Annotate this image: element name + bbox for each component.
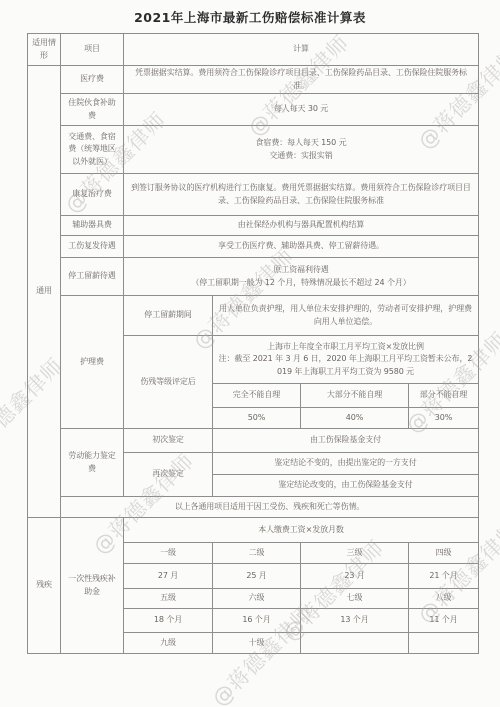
cell-care-rate-part: 30% bbox=[409, 408, 479, 429]
cell-grade-7: 七级 bbox=[301, 589, 409, 609]
cell-months-grade-5: 18 个月 bbox=[124, 609, 213, 633]
cell-grade-9: 九级 bbox=[124, 633, 213, 654]
cell-assistive-calc: 由社保经办机构与器具配置机构结算 bbox=[124, 216, 479, 236]
cell-rehab-calc: 到签订服务协议的医疗机构进行工伤康复。费用凭票据据实结算。费用须符合工伤保险诊疗… bbox=[124, 174, 479, 216]
cell-rehab-label: 康复治疗费 bbox=[61, 174, 124, 216]
table-row: 住院伙食补助费 每人每天 30 元 bbox=[28, 94, 479, 126]
cell-suspension-pay-calc: 原工资福利待遇 （停工留职期一般为 12 个月，特殊情况最长不超过 24 个月） bbox=[124, 258, 479, 296]
table-row: 以上各通用项目适用于因工受伤、残疾和死亡等伤情。 bbox=[28, 497, 479, 518]
cell-months-grade-2: 25 月 bbox=[213, 564, 301, 589]
cell-empty bbox=[409, 633, 479, 654]
nursing-note: 注：截至 2021 年 3 月 6 日，2020 年上海职工月平均工资暂未公布，… bbox=[217, 353, 474, 378]
cell-transport-label: 交通费、食宿费（统筹地区以外就医） bbox=[61, 126, 124, 174]
cell-care-level-full: 完全不能自理 bbox=[213, 384, 301, 408]
nursing-formula: 上海市上年度全市职工月平均工资×发放比例 bbox=[217, 341, 474, 353]
header-item: 项目 bbox=[61, 34, 124, 66]
cell-months-grade-8: 11 个月 bbox=[409, 609, 479, 633]
cell-care-rate-full: 50% bbox=[213, 408, 301, 429]
table-row: 康复治疗费 到签订服务协议的医疗机构进行工伤康复。费用凭票据据实结算。费用须符合… bbox=[28, 174, 479, 216]
cell-care-level-part: 部分不能自理 bbox=[409, 384, 479, 408]
cell-relapse-calc: 享受工伤医疗费、辅助器具费、停工留薪待遇。 bbox=[124, 236, 479, 258]
document-page: 2021年上海市最新工伤赔偿标准计算表 适用情形 项目 计算 通用 医疗费 凭票… bbox=[0, 0, 500, 707]
cell-nursing-during-label: 停工留薪期间 bbox=[124, 296, 213, 336]
cell-general-label: 通用 bbox=[28, 66, 61, 518]
cell-grade-4: 四级 bbox=[409, 543, 479, 564]
cell-grade-3: 三级 bbox=[301, 543, 409, 564]
cell-appraisal-re-changed: 鉴定结论改变的，由工伤保险基金支付 bbox=[213, 475, 479, 497]
table-row: 劳动能力鉴定费 初次鉴定 由工伤保险基金支付 bbox=[28, 429, 479, 453]
cell-nursing-label: 护理费 bbox=[61, 296, 124, 429]
cell-grade-6: 六级 bbox=[213, 589, 301, 609]
table-row: 护理费 停工留薪期间 用人单位负责护理，用人单位未安排护理的，劳动者可安排护理，… bbox=[28, 296, 479, 336]
cell-grade-2: 二级 bbox=[213, 543, 301, 564]
cell-months-grade-3: 23 月 bbox=[301, 564, 409, 589]
header-calc: 计算 bbox=[124, 34, 479, 66]
table-row: 辅助器具费 由社保经办机构与器具配置机构结算 bbox=[28, 216, 479, 236]
table-row: 交通费、食宿费（统筹地区以外就医） 食宿费：每人每天 150 元 交通费：实报实… bbox=[28, 126, 479, 174]
cell-appraisal-label: 劳动能力鉴定费 bbox=[61, 429, 124, 497]
table-row: 适用情形 项目 计算 bbox=[28, 34, 479, 66]
cell-transport-calc: 食宿费：每人每天 150 元 交通费：实报实销 bbox=[124, 126, 479, 174]
cell-hospital-meal-calc: 每人每天 30 元 bbox=[124, 94, 479, 126]
table-row: 残疾 一次性残疾补助金 本人缴费工资×发放月数 bbox=[28, 518, 479, 543]
cell-appraisal-first-label: 初次鉴定 bbox=[124, 429, 213, 453]
cell-appraisal-re-label: 再次鉴定 bbox=[124, 453, 213, 497]
cell-empty bbox=[301, 633, 409, 654]
cell-disability-item: 一次性残疾补助金 bbox=[61, 518, 124, 654]
table-row: 工伤复发待遇 享受工伤医疗费、辅助器具费、停工留薪待遇。 bbox=[28, 236, 479, 258]
transport-traffic: 交通费：实报实销 bbox=[128, 150, 474, 162]
cell-months-grade-1: 27 月 bbox=[124, 564, 213, 589]
cell-assistive-label: 辅助器具费 bbox=[61, 216, 124, 236]
cell-appraisal-first-calc: 由工伤保险基金支付 bbox=[213, 429, 479, 453]
cell-nursing-after-formula: 上海市上年度全市职工月平均工资×发放比例 注：截至 2021 年 3 月 6 日… bbox=[213, 336, 479, 384]
cell-nursing-after-label: 伤残等级评定后 bbox=[124, 336, 213, 429]
cell-disability-label: 残疾 bbox=[28, 518, 61, 654]
table-row: 通用 医疗费 凭票据据实结算。费用须符合工伤保险诊疗项目目录、工伤保险药品目录、… bbox=[28, 66, 479, 94]
transport-board: 食宿费：每人每天 150 元 bbox=[128, 137, 474, 149]
cell-grade-1: 一级 bbox=[124, 543, 213, 564]
cell-medical-label: 医疗费 bbox=[61, 66, 124, 94]
cell-grade-8: 八级 bbox=[409, 589, 479, 609]
compensation-table: 适用情形 项目 计算 通用 医疗费 凭票据据实结算。费用须符合工伤保险诊疗项目目… bbox=[27, 33, 479, 654]
cell-relapse-label: 工伤复发待遇 bbox=[61, 236, 124, 258]
cell-suspension-pay-label: 停工留薪待遇 bbox=[61, 258, 124, 296]
cell-grade-10: 十级 bbox=[213, 633, 301, 654]
cell-disability-formula: 本人缴费工资×发放月数 bbox=[124, 518, 479, 543]
suspension-pay-note: （停工留职期一般为 12 个月，特殊情况最长不超过 24 个月） bbox=[128, 277, 474, 289]
cell-months-grade-4: 21 个月 bbox=[409, 564, 479, 589]
cell-medical-calc: 凭票据据实结算。费用须符合工伤保险诊疗项目目录、工伤保险药品目录、工伤保险住院服… bbox=[124, 66, 479, 94]
cell-months-grade-7: 13 个月 bbox=[301, 609, 409, 633]
page-title: 2021年上海市最新工伤赔偿标准计算表 bbox=[0, 8, 500, 26]
cell-months-grade-6: 16 个月 bbox=[213, 609, 301, 633]
suspension-pay-main: 原工资福利待遇 bbox=[128, 264, 474, 276]
table-row: 停工留薪待遇 原工资福利待遇 （停工留职期一般为 12 个月，特殊情况最长不超过… bbox=[28, 258, 479, 296]
header-scenario: 适用情形 bbox=[28, 34, 61, 66]
cell-general-footnote: 以上各通用项目适用于因工受伤、残疾和死亡等伤情。 bbox=[61, 497, 479, 518]
cell-care-rate-most: 40% bbox=[301, 408, 409, 429]
cell-hospital-meal-label: 住院伙食补助费 bbox=[61, 94, 124, 126]
cell-grade-5: 五级 bbox=[124, 589, 213, 609]
cell-appraisal-re-unchanged: 鉴定结论不变的，由提出鉴定的一方支付 bbox=[213, 453, 479, 475]
cell-care-level-most: 大部分不能自理 bbox=[301, 384, 409, 408]
cell-nursing-during-calc: 用人单位负责护理，用人单位未安排护理的，劳动者可安排护理，护理费向用人单位追偿。 bbox=[213, 296, 479, 336]
